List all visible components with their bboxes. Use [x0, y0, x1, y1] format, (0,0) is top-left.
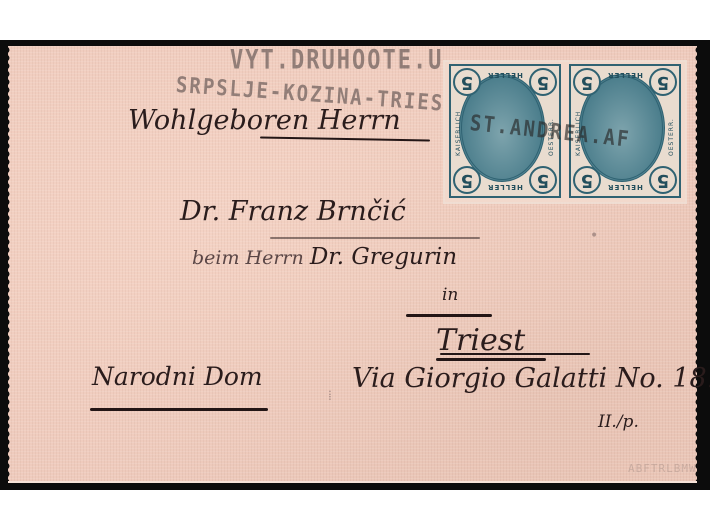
ink-spot: • — [590, 228, 598, 244]
flourish-line — [270, 237, 480, 239]
perforation-right-edge — [691, 46, 699, 482]
perforation-left-edge — [6, 46, 14, 482]
recipient-name: Dr. Franz Brnčić — [180, 196, 406, 227]
denomination-numeral: 5 — [529, 68, 557, 96]
salutation: Wohlgeboren Herrn — [128, 105, 401, 136]
currency-label: HELLER — [597, 71, 653, 79]
street-address: Via Giorgio Galatti No. 18. — [352, 363, 710, 394]
card-bottom-edge — [8, 481, 697, 483]
preposition: in — [442, 285, 458, 305]
sender-note: Narodni Dom — [92, 362, 263, 391]
currency-label: HELLER — [597, 183, 653, 191]
underline — [436, 358, 546, 361]
denomination-numeral: 5 — [529, 166, 557, 194]
care-of-line: beim Herrn Dr. Gregurin — [192, 244, 457, 270]
care-of-name: Dr. Gregurin — [310, 244, 457, 270]
floor-note: II./p. — [598, 412, 639, 432]
side-label: KAISERLICH — [455, 111, 462, 156]
faint-cancellation: ABFTRLBMW — [628, 462, 697, 475]
denomination-numeral: 5 — [649, 166, 677, 194]
ink-smudge: ⁞ — [328, 388, 332, 405]
underline — [406, 314, 492, 317]
underline — [440, 353, 590, 355]
postmark-line-1: VYT.DRUHOOTE.U — [230, 46, 443, 76]
currency-label: HELLER — [477, 71, 533, 79]
underline — [90, 408, 268, 411]
currency-label: HELLER — [477, 183, 533, 191]
denomination-numeral: 5 — [649, 68, 677, 96]
care-of-prefix: beim Herrn — [192, 247, 304, 269]
country-label: OESTERR. — [668, 118, 675, 156]
